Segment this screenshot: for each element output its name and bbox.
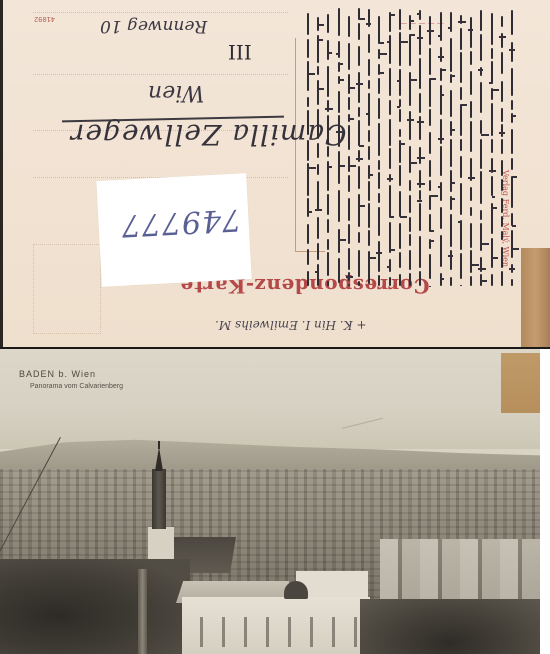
building-dome xyxy=(284,581,308,599)
handwriting-line xyxy=(305,4,315,290)
address-line xyxy=(33,12,288,13)
handwriting-line xyxy=(448,4,458,290)
postage-stamp-edge xyxy=(521,248,550,347)
address-line xyxy=(33,74,288,75)
left-trees xyxy=(0,559,190,654)
church-cross xyxy=(158,441,160,449)
handwriting-line xyxy=(468,4,478,290)
postcard-back: 41092 — — — — — Camilla Zellweger Wien I… xyxy=(0,0,550,349)
postcard-front: BADEN b. Wien Panorama vom Calvarienberg xyxy=(0,349,540,654)
handwriting-line xyxy=(356,4,366,290)
archive-sticker-number: 749777 xyxy=(120,201,242,242)
recipient-district: III xyxy=(228,40,252,64)
handwriting-line xyxy=(315,4,325,290)
handwriting-line xyxy=(366,4,376,290)
church-tower xyxy=(152,469,166,529)
handwriting-line xyxy=(387,4,397,290)
handwriting-line xyxy=(509,4,519,290)
handwriting-line xyxy=(458,4,468,290)
sender-line: + K. Hin I. Emilweihs M. xyxy=(215,318,367,332)
stamp-residue xyxy=(501,353,540,413)
archive-sticker: 749777 xyxy=(96,173,251,287)
foreground-pole xyxy=(138,569,147,654)
caption-title: BADEN b. Wien xyxy=(19,369,96,379)
handwriting-line xyxy=(489,4,499,290)
handwriting-line xyxy=(325,4,335,290)
handwriting-line xyxy=(499,4,509,290)
handwriting-line xyxy=(407,4,417,290)
handwriting-line xyxy=(478,4,488,290)
handwriting-line xyxy=(417,4,427,290)
recipient-city: Wien xyxy=(148,80,204,105)
church-spire xyxy=(155,447,163,471)
serial-number: 41092 xyxy=(34,14,55,22)
handwritten-message: Handwritten message in Kurrent script (i… xyxy=(305,4,520,290)
building-windows xyxy=(190,617,360,647)
handwriting-line xyxy=(336,4,346,290)
stamp-placeholder-box xyxy=(33,244,101,334)
handwriting-line xyxy=(427,4,437,290)
recipient-street: Rennweg 10 xyxy=(100,16,207,36)
handwriting-line xyxy=(397,4,407,290)
right-trees xyxy=(360,599,540,654)
handwriting-line xyxy=(376,4,386,290)
sky xyxy=(0,349,540,449)
scan-margin xyxy=(540,349,550,654)
handwriting-line xyxy=(438,4,448,290)
caption-subtitle: Panorama vom Calvarienberg xyxy=(30,383,123,390)
handwriting-line xyxy=(346,4,356,290)
